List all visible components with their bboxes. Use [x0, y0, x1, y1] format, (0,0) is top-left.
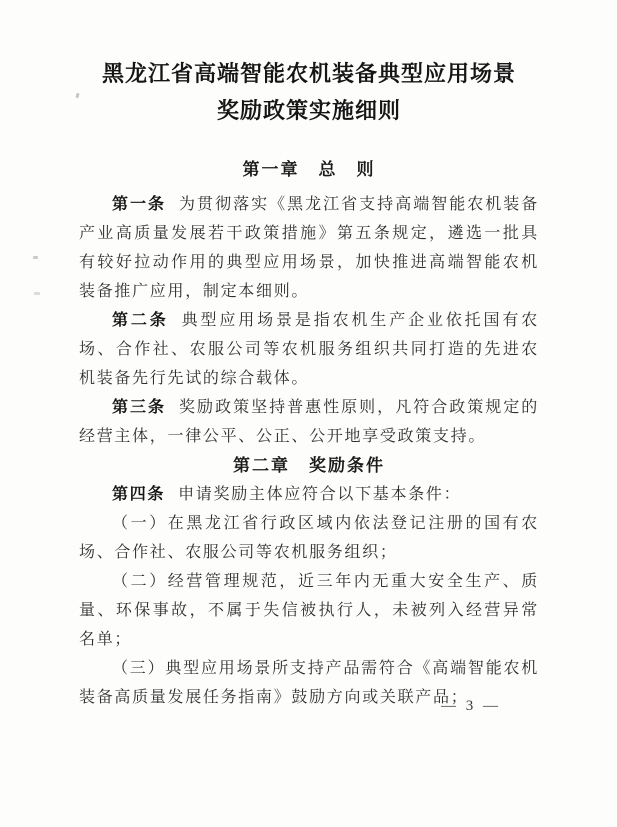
chapter-1-heading: 第一章 总 则 — [79, 155, 539, 184]
article-3-label: 第三条 — [112, 399, 166, 416]
clause-2: （二）经营管理规范，近三年内无重大安全生产、质量、环保事故，不属于失信被执行人，… — [79, 567, 539, 654]
article-1-label: 第一条 — [112, 196, 166, 213]
page-number: — 3 — — [441, 696, 501, 716]
title-line-1: 黑龙江省高端智能农机装备典型应用场景 — [79, 55, 539, 92]
article-4-label: 第四条 — [112, 486, 165, 503]
clause-1: （一）在黑龙江省行政区域内依法登记注册的国有农场、合作社、农服公司等农机服务组织… — [79, 509, 539, 567]
article-2: 第二条典型应用场景是指农机生产企业依托国有农场、合作社、农服公司等农机服务组织共… — [79, 306, 539, 393]
document-title: 黑龙江省高端智能农机装备典型应用场景 奖励政策实施细则 — [79, 55, 539, 129]
scan-artifact — [33, 256, 38, 259]
article-4: 第四条申请奖励主体应符合以下基本条件： — [79, 480, 539, 509]
article-1: 第一条为贯彻落实《黑龙江省支持高端智能农机装备产业高质量发展若干政策措施》第五条… — [79, 190, 539, 306]
scanned-document-page: 黑龙江省高端智能农机装备典型应用场景 奖励政策实施细则 第一章 总 则 第一条为… — [0, 0, 617, 827]
article-3: 第三条奖励政策坚持普惠性原则，凡符合政策规定的经营主体，一律公平、公正、公开地享… — [79, 393, 539, 451]
title-line-2: 奖励政策实施细则 — [79, 92, 539, 129]
scan-artifact — [34, 292, 40, 295]
document-content: 黑龙江省高端智能农机装备典型应用场景 奖励政策实施细则 第一章 总 则 第一条为… — [0, 0, 617, 712]
chapter-2-heading: 第二章 奖励条件 — [79, 451, 539, 480]
article-4-text: 申请奖励主体应符合以下基本条件： — [178, 486, 461, 503]
article-2-label: 第二条 — [112, 312, 169, 329]
